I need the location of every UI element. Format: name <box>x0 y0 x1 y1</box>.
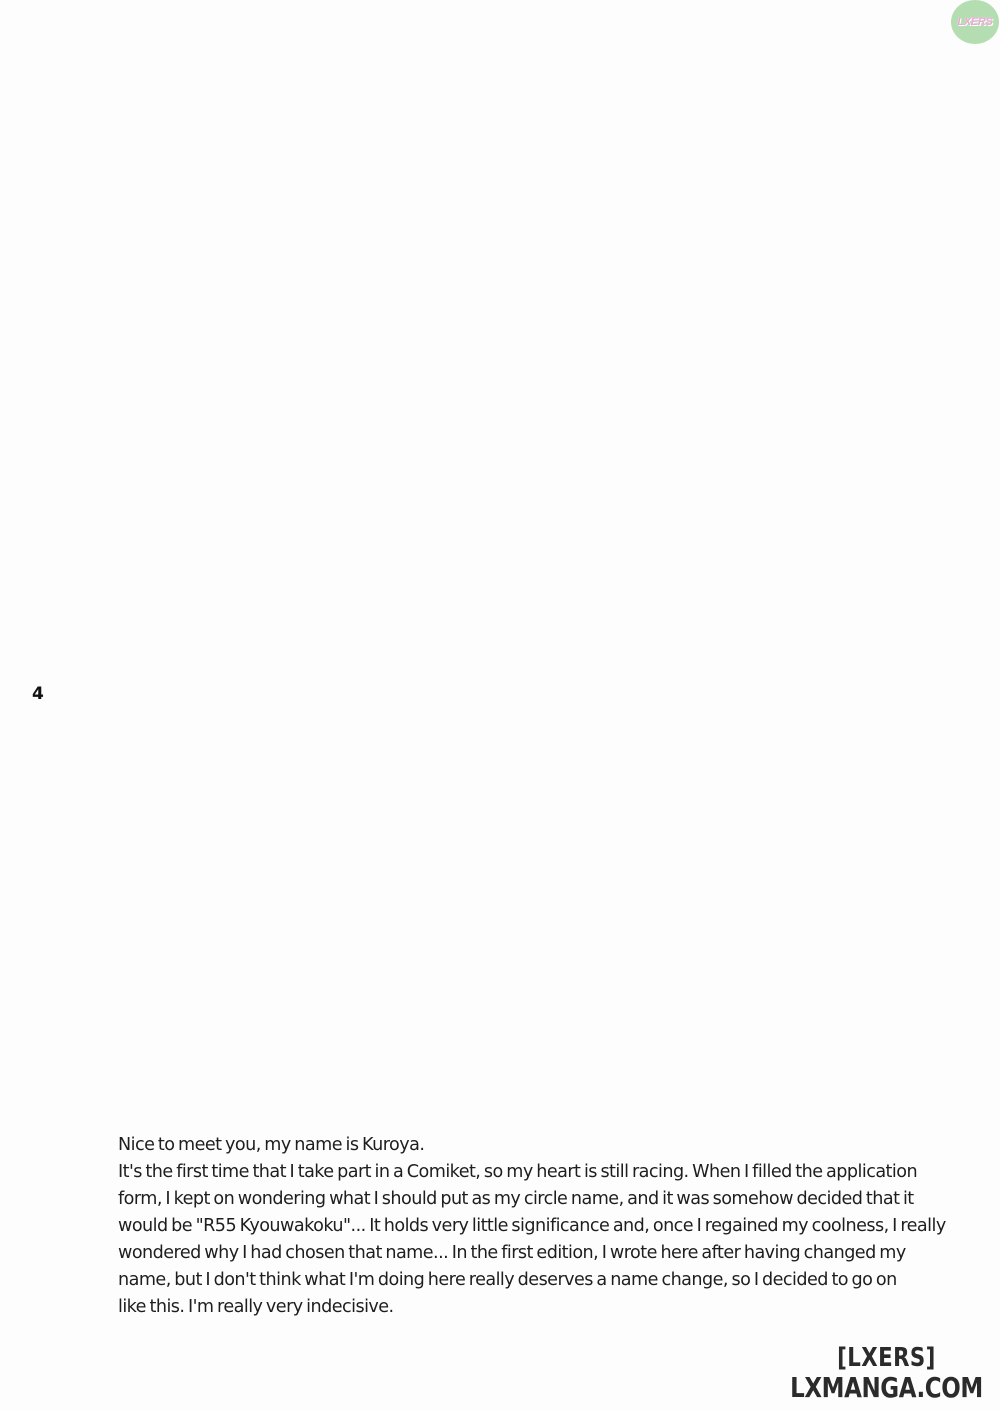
afterword-line: would be "R55 Kyouwakoku"... It holds ve… <box>118 1213 948 1240</box>
afterword-line: like this. I'm really very indecisive. <box>118 1294 948 1321</box>
page-number: 4 <box>32 684 44 704</box>
afterword-line: form, I kept on wondering what I should … <box>118 1186 948 1213</box>
afterword-text: Nice to meet you, my name is Kuroya. It'… <box>118 1132 948 1321</box>
scanlation-credit: [LXERS] LXMANGA.COM <box>785 1343 988 1403</box>
afterword-line: It's the first time that I take part in … <box>118 1159 948 1186</box>
lxers-logo-badge: LXERS <box>951 0 999 44</box>
afterword-line: name, but I don't think what I'm doing h… <box>118 1267 948 1294</box>
afterword-line: Nice to meet you, my name is Kuroya. <box>118 1132 948 1159</box>
afterword-line: wondered why I had chosen that name... I… <box>118 1240 948 1267</box>
lxers-logo-text: LXERS <box>957 16 992 28</box>
credit-site-url: LXMANGA.COM <box>790 1373 983 1403</box>
credit-group-tag: [LXERS] <box>803 1343 969 1373</box>
